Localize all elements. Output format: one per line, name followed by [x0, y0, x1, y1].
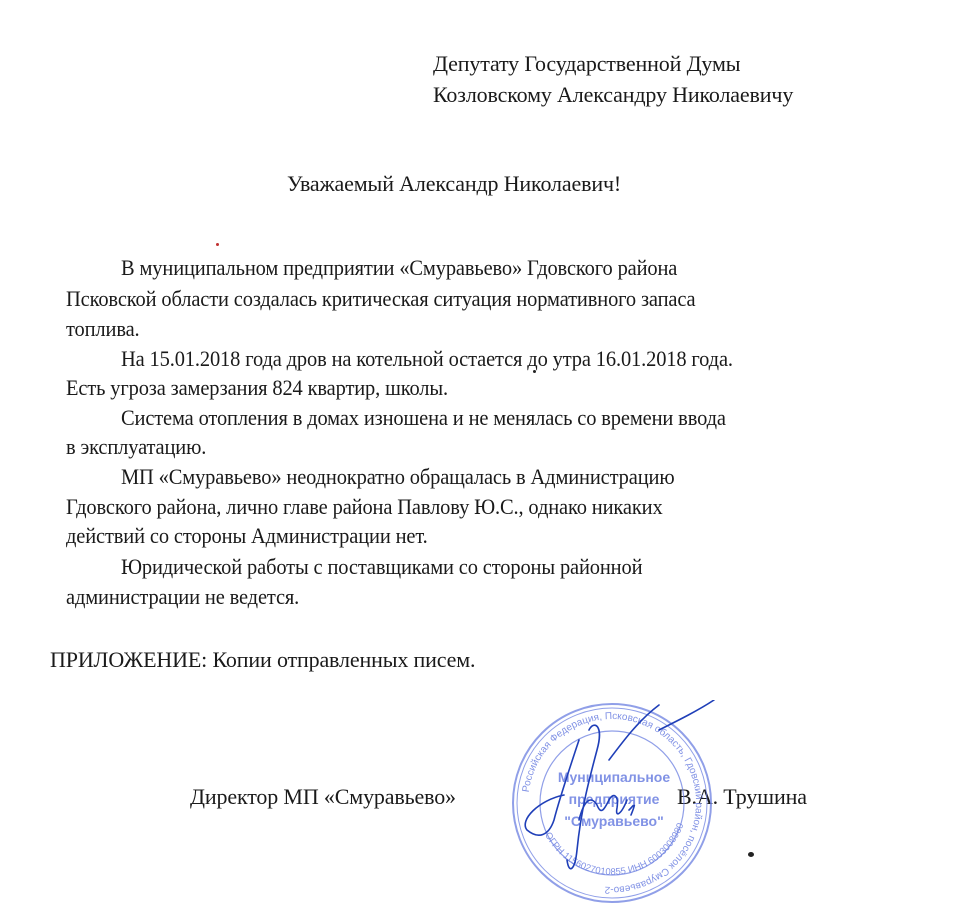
body-line: На 15.01.2018 года дров на котельной ост…	[121, 345, 733, 373]
body-line: Гдовского района, лично главе района Пав…	[66, 493, 663, 521]
stamp-center-line-2: предприятие	[569, 791, 660, 807]
stamp-center-line-1: Муниципальное	[558, 769, 670, 785]
body-line: МП «Смуравьево» неоднократно обращалась …	[121, 463, 674, 491]
official-stamp: Российская Федерация, Псковская область,…	[509, 700, 715, 906]
signature-title: Директор МП «Смуравьево»	[190, 783, 456, 811]
body-line: Псковской области создалась критическая …	[66, 285, 695, 313]
body-line: Есть угроза замерзания 824 квартир, школ…	[66, 374, 448, 402]
scan-speck	[533, 370, 536, 373]
attachment-note: ПРИЛОЖЕНИЕ: Копии отправленных писем.	[50, 646, 475, 674]
body-line: администрации не ведется.	[66, 583, 299, 611]
addressee-line-2: Козловскому Александру Николаевичу	[433, 81, 793, 109]
body-line: Система отопления в домах изношена и не …	[121, 404, 726, 432]
scan-speck	[216, 243, 219, 246]
addressee-line-1: Депутату Государственной Думы	[433, 50, 740, 78]
body-line: топлива.	[66, 315, 139, 343]
salutation: Уважаемый Александр Николаевич!	[287, 170, 621, 198]
body-line: действий со стороны Администрации нет.	[66, 522, 428, 550]
body-line: В муниципальном предприятии «Смуравьево»…	[121, 254, 677, 282]
body-line: в эксплуатацию.	[66, 433, 206, 461]
body-line: Юридической работы с поставщиками со сто…	[121, 553, 642, 581]
scan-speck	[748, 852, 754, 857]
